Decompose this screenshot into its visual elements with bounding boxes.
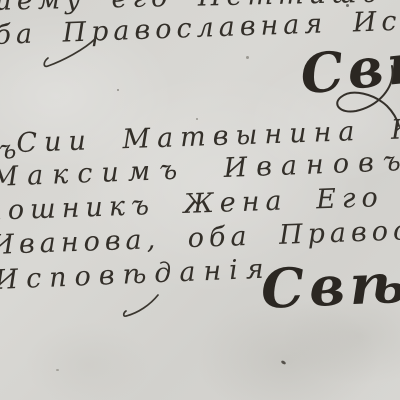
ink-speck — [196, 118, 198, 120]
ink-speck — [246, 56, 249, 59]
handwritten-word-large-svyed: Свѣд — [260, 254, 400, 316]
ink-speck — [56, 369, 59, 371]
flourish-line8-tail — [124, 295, 158, 316]
handwritten-line-4-left-fragment: ъ — [0, 137, 17, 164]
handwritten-word-large-svye: Свѣ — [298, 33, 400, 102]
manuscript-page: шему его Петтишь Ерали ба Православная И… — [0, 0, 400, 400]
handwritten-line-8: Исповѣданія. — [0, 255, 289, 294]
ink-speck — [117, 89, 119, 91]
ink-speck — [281, 360, 287, 365]
ink-speck — [346, 4, 349, 7]
